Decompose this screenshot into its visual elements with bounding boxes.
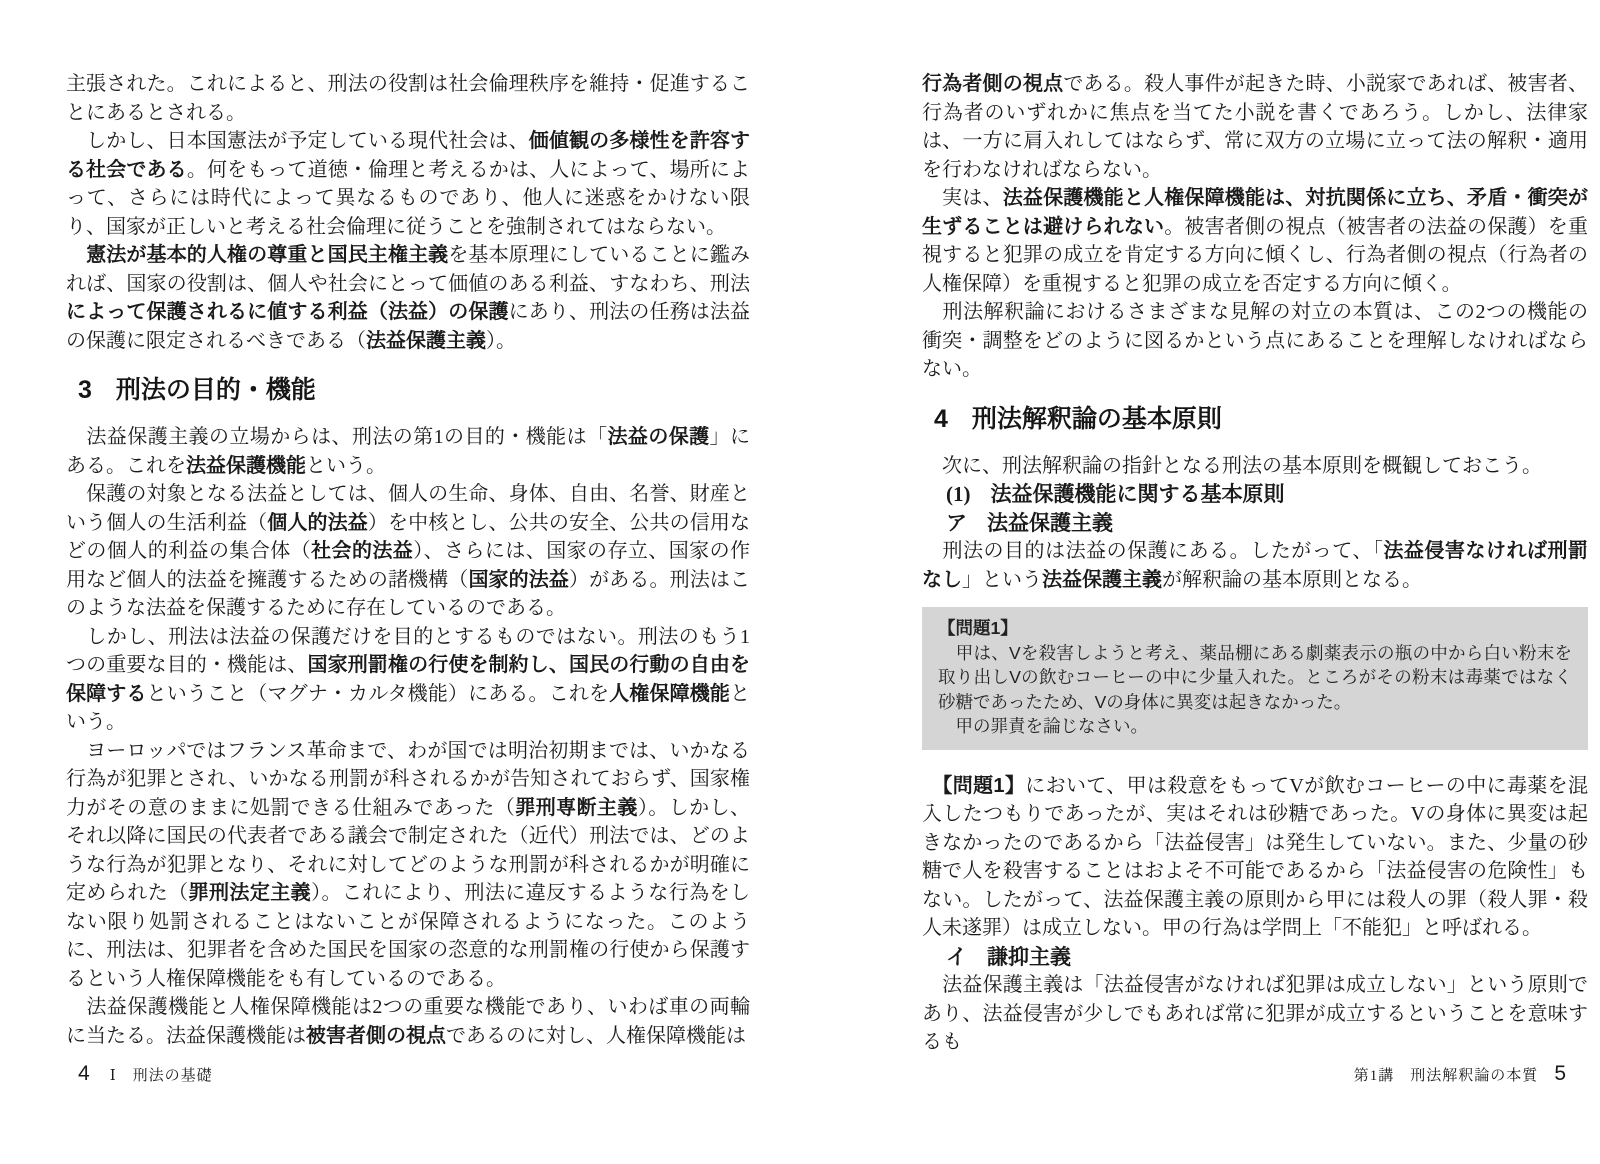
subheading-i: イ謙抑主義 <box>922 943 1588 972</box>
page-footer-left: 4 Ⅰ 刑法の基礎 <box>78 1062 213 1086</box>
paragraph: しかし、日本国憲法が予定している現代社会は、価値観の多様性を許容する社会である。… <box>66 127 750 241</box>
page-number: 4 <box>78 1062 90 1086</box>
section-title: 刑法の目的・機能 <box>116 376 316 404</box>
running-head-chapter: 第1講 刑法解釈論の本質 <box>1354 1064 1539 1085</box>
subheading-a: ア法益保護主義 <box>922 509 1588 538</box>
page-right: 行為者側の視点である。殺人事件が起きた時、小説家であれば、被害者、行為者のいずれ… <box>922 70 1588 1057</box>
paragraph: 法益保護主義の立場からは、刑法の第1の目的・機能は「法益の保護」にある。これを法… <box>66 423 750 480</box>
problem-box-label: 【問題1】 <box>938 616 1572 641</box>
subheading-number: ア <box>946 511 967 535</box>
paragraph: 保護の対象となる法益としては、個人の生命、身体、自由、名誉、財産という個人の生活… <box>66 480 750 623</box>
subheading-number: (1) <box>946 482 971 506</box>
paragraph: 憲法が基本的人権の尊重と国民主権主義を基本原理にしていることに鑑みれば、国家の役… <box>66 241 750 355</box>
paragraph: 次に、刑法解釈論の指針となる刑法の基本原則を概観しておこう。 <box>922 452 1588 481</box>
paragraph: 実は、法益保護機能と人権保障機能は、対抗関係に立ち、矛盾・衝突が生ずることは避け… <box>922 184 1588 298</box>
section-number: 3 <box>78 376 92 404</box>
paragraph: 【問題1】において、甲は殺意をもってVが飲むコーヒーの中に毒薬を混入したつもりで… <box>922 772 1588 943</box>
subheading-title: 法益保護機能に関する基本原則 <box>991 482 1285 506</box>
subheading-title: 謙抑主義 <box>987 945 1071 969</box>
paragraph: 刑法の目的は法益の保護にある。したがって、「法益侵害なければ刑罰なし」という法益… <box>922 537 1588 594</box>
problem-box: 【問題1】 甲は、Vを殺害しようと考え、薬品棚にある劇薬表示の瓶の中から白い粉末… <box>922 607 1588 750</box>
paragraph: 法益保護主義は「法益侵害がなければ犯罪は成立しない」という原則であり、法益侵害が… <box>922 971 1588 1057</box>
problem-box-text: 甲の罪責を論じなさい。 <box>938 714 1572 739</box>
subheading-title: 法益保護主義 <box>987 511 1113 535</box>
section-title: 刑法解釈論の基本原則 <box>972 405 1222 433</box>
section-number: 4 <box>934 405 948 433</box>
running-head-part: Ⅰ 刑法の基礎 <box>110 1064 213 1085</box>
section-heading: 3刑法の目的・機能 <box>66 373 750 407</box>
paragraph: 行為者側の視点である。殺人事件が起きた時、小説家であれば、被害者、行為者のいずれ… <box>922 70 1588 184</box>
subheading-1: (1)法益保護機能に関する基本原則 <box>922 480 1588 509</box>
page-left: 主張された。これによると、刑法の役割は社会倫理秩序を維持・促進することにあるとさ… <box>66 70 750 1050</box>
page-number: 5 <box>1554 1062 1566 1086</box>
paragraph: 主張された。これによると、刑法の役割は社会倫理秩序を維持・促進することにあるとさ… <box>66 70 750 127</box>
paragraph: ヨーロッパではフランス革命まで、わが国では明治初期までは、いかなる行為が犯罪とさ… <box>66 737 750 994</box>
paragraph: 刑法解釈論におけるさまざまな見解の対立の本質は、この2つの機能の衝突・調整をどの… <box>922 298 1588 384</box>
book-spread: 主張された。これによると、刑法の役割は社会倫理秩序を維持・促進することにあるとさ… <box>0 0 1600 1164</box>
paragraph: 法益保護機能と人権保障機能は2つの重要な機能であり、いわば車の両輪に当たる。法益… <box>66 993 750 1050</box>
paragraph: しかし、刑法は法益の保護だけを目的とするものではない。刑法のもう1つの重要な目的… <box>66 623 750 737</box>
problem-box-text: 甲は、Vを殺害しようと考え、薬品棚にある劇薬表示の瓶の中から白い粉末を取り出しV… <box>938 641 1572 715</box>
page-footer-right: 第1講 刑法解釈論の本質 5 <box>1354 1062 1566 1086</box>
section-heading: 4刑法解釈論の基本原則 <box>922 402 1588 436</box>
subheading-number: イ <box>946 945 967 969</box>
